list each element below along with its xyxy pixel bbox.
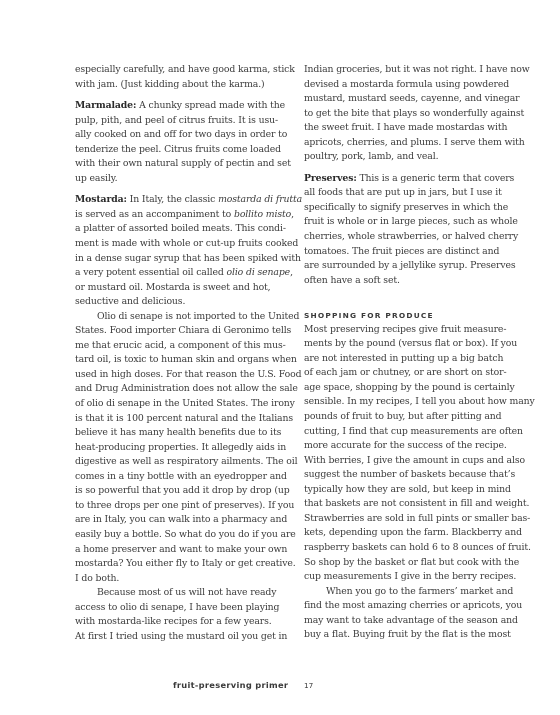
shopping-paragraph: Most preserving recipes give fruit measu…: [304, 323, 514, 585]
preserves-entry: Preserves: This is a generic term that c…: [304, 172, 514, 288]
text-line: especially carefully, and have good karm…: [75, 63, 283, 78]
term-preserves: Preserves:: [304, 173, 357, 184]
marmalade-entry: Marmalade: A chunky spread made with the…: [75, 99, 283, 186]
term-mostarda: Mostarda:: [75, 194, 127, 205]
right-column: Indian groceries, but it was not right. …: [304, 63, 514, 643]
olio-paragraph: Olio di senape is not imported to the Un…: [75, 310, 283, 586]
section-heading: SHOPPING FOR PRODUCE: [304, 308, 514, 323]
left-column: especially carefully, and have good karm…: [75, 63, 283, 644]
page-number: 17: [304, 681, 313, 690]
running-title: fruit-preserving primer: [173, 680, 288, 690]
market-paragraph: When you go to the farmers’ market and f…: [304, 585, 514, 643]
text-line: with jam. (Just kidding about the karma.…: [75, 78, 283, 93]
continuation-paragraph: Indian groceries, but it was not right. …: [304, 63, 514, 165]
because-paragraph: Because most of us will not have ready a…: [75, 586, 283, 644]
term-marmalade: Marmalade:: [75, 100, 136, 111]
mostarda-entry: Mostarda: In Italy, the classic mostarda…: [75, 193, 283, 309]
